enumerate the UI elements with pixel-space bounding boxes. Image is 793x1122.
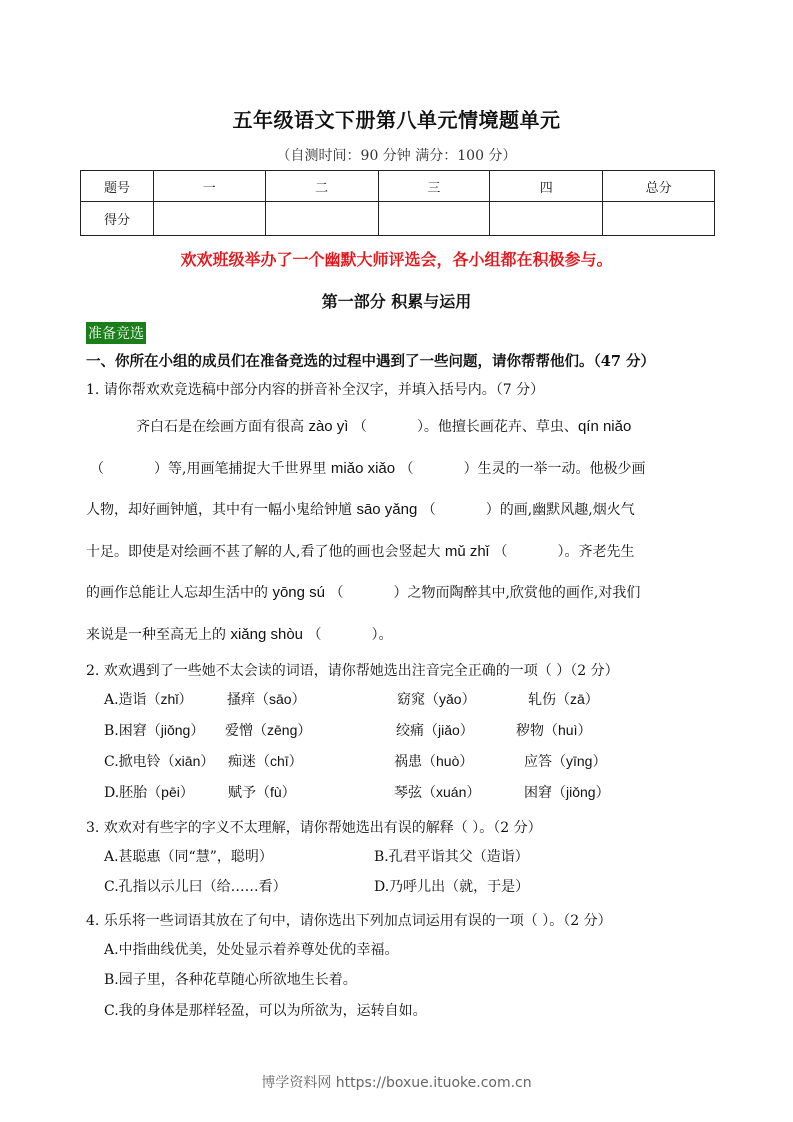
q3-option-b[interactable]: B.孔君平诣其父（造诣）	[374, 846, 529, 866]
question-1-stem: 1. 请你帮欢欢竞选稿中部分内容的拼音补全汉字，并填入括号内。（7 分）	[86, 379, 544, 399]
word-text: 轧伤	[528, 692, 556, 708]
word-text: 窈窕	[397, 692, 425, 708]
part-title: 第一部分 积累与运用	[0, 289, 793, 312]
q1-line-6: 来说是一种至高无上的 xiǎng shòu （）。	[86, 624, 392, 644]
pinyin: （chī）	[256, 753, 303, 769]
q4-option-a[interactable]: A.中指曲线优美，处处显示着养尊处优的幸福。	[104, 939, 399, 959]
pinyin: （huì）	[544, 722, 591, 738]
text: 来说是一种至高无上的	[86, 627, 230, 643]
word: 爱憎（zēng）	[225, 720, 311, 740]
word: 赋予（fù）	[228, 782, 296, 802]
question-3-stem: 3. 欢欢对有些字的字义不太理解，请你帮她选出有误的解释（ ）。（2 分）	[86, 817, 542, 837]
word: 祸患（huò）	[394, 751, 473, 771]
pinyin: qín niǎo	[578, 418, 631, 435]
q4-option-c[interactable]: C.我的身体是那样轻盈，可以为所欲为，运转自如。	[104, 1000, 427, 1020]
word: 琴弦（xuán）	[394, 782, 480, 802]
pinyin: （jiǎo）	[424, 722, 474, 738]
footer-watermark: 博学资料网 https://boxue.ituoke.com.cn	[0, 1072, 793, 1092]
word-text: 爱憎	[225, 723, 253, 739]
score-input-cell[interactable]	[490, 202, 603, 236]
text: ）生灵的一举一动。他极少画	[464, 461, 646, 477]
pinyin: （fù）	[256, 784, 296, 800]
pinyin: （jiǒng）	[147, 722, 205, 738]
pinyin: xiǎng shòu	[230, 626, 303, 643]
text: （	[325, 585, 343, 601]
word: D.胚胎（pēi）	[104, 782, 194, 802]
text: 的画作总能让人忘却生活中的	[86, 585, 272, 601]
word-text: 琴弦	[394, 785, 422, 801]
word: 搔痒（sāo）	[227, 689, 306, 709]
table-cell: 三	[378, 171, 490, 202]
score-table: 题号 一 二 三 四 总分 得分	[80, 170, 715, 236]
table-row-question-numbers: 题号 一 二 三 四 总分	[81, 171, 715, 202]
word: 绞痛（jiǎo）	[396, 720, 474, 740]
word-text: 赋予	[228, 785, 256, 801]
q3-option-c[interactable]: C.孔指以示儿曰（给……看）	[104, 876, 287, 896]
table-cell: 四	[490, 171, 603, 202]
pinyin: （jiǒng）	[552, 784, 610, 800]
text: （	[90, 461, 104, 477]
table-cell: 总分	[603, 171, 715, 202]
word: 应答（yīng）	[524, 751, 606, 771]
scenario-intro: 欢欢班级举办了一个幽默大师评选会，各小组都在积极参与。	[0, 247, 793, 270]
text: （	[303, 627, 321, 643]
section-badge: 准备竞选	[86, 322, 146, 344]
score-input-cell[interactable]	[153, 202, 265, 236]
pinyin: （zā）	[556, 691, 599, 707]
word-text: 搔痒	[227, 692, 255, 708]
page-title: 五年级语文下册第八单元情境题单元	[0, 104, 793, 133]
word-text: 困窘	[524, 785, 552, 801]
score-input-cell[interactable]	[603, 202, 715, 236]
q3-option-d[interactable]: D.乃呼儿出（就，于是）	[374, 876, 529, 896]
text: （	[489, 544, 507, 560]
pinyin: （pēi）	[147, 784, 194, 800]
text: 齐白石是在绘画方面有很高	[136, 419, 308, 435]
score-input-cell[interactable]	[378, 202, 490, 236]
exam-info: （自测时间：90 分钟 满分：100 分）	[0, 145, 793, 165]
table-cell: 一	[153, 171, 265, 202]
pinyin: yōng sú	[272, 584, 325, 601]
text: （	[395, 461, 413, 477]
pinyin: （yǎo）	[425, 691, 476, 707]
word-text: A.造诣	[104, 692, 147, 708]
word-text: B.困窘	[104, 723, 147, 739]
q1-line-4: 十足。即使是对绘画不甚了解的人,看了他的画也会竖起大 mǔ zhǐ （）。齐老先…	[86, 541, 635, 561]
text: ）。他擅长画花卉、草虫、	[417, 419, 578, 435]
pinyin: zào yì	[308, 418, 348, 435]
text: ）的画,幽默风趣,烟火气	[486, 502, 635, 518]
text: 十足。即使是对绘画不甚了解的人,看了他的画也会竖起大	[86, 544, 445, 560]
text: ）。齐老先生	[558, 544, 635, 560]
pinyin: （yīng）	[552, 753, 606, 769]
score-input-cell[interactable]	[265, 202, 378, 236]
pinyin: （huò）	[422, 753, 473, 769]
table-cell: 二	[265, 171, 378, 202]
q3-option-a[interactable]: A.甚聪惠（同“慧”，聪明）	[104, 846, 273, 866]
word: 窈窕（yǎo）	[397, 689, 476, 709]
q1-line-3: 人物，却好画钟馗，其中有一幅小鬼给钟馗 sāo yǎng （）的画,幽默风趣,烟…	[86, 499, 635, 519]
pinyin: （zēng）	[253, 722, 311, 738]
text: ）等,用画笔捕捉大千世界里	[154, 461, 331, 477]
word-text: C.掀电铃	[104, 754, 161, 770]
word-text: 痴迷	[228, 754, 256, 770]
word-text: D.胚胎	[104, 785, 147, 801]
pinyin: （zhǐ）	[147, 691, 193, 707]
text: 人物，却好画钟馗，其中有一幅小鬼给钟馗	[86, 502, 356, 518]
word: A.造诣（zhǐ）	[104, 689, 192, 709]
table-row-scores: 得分	[81, 202, 715, 236]
text: ）。	[371, 627, 392, 643]
word-text: 祸患	[394, 754, 422, 770]
pinyin: sāo yǎng	[356, 501, 417, 518]
pinyin: miǎo xiǎo	[331, 460, 395, 477]
word: 轧伤（zā）	[528, 689, 599, 709]
word: B.困窘（jiǒng）	[104, 720, 204, 740]
table-cell: 题号	[81, 171, 154, 202]
q1-line-5: 的画作总能让人忘却生活中的 yōng sú （）之物而陶醉其中,欣赏他的画作,对…	[86, 582, 640, 602]
question-4-stem: 4. 乐乐将一些词语其放在了句中，请你选出下列加点词运用有误的一项（ ）。（2 …	[86, 910, 612, 930]
section-heading: 一、你所在小组的成员们在准备竞选的过程中遇到了一些问题，请你帮帮他们。（47 分…	[86, 350, 655, 371]
question-2-stem: 2. 欢欢遇到了一些她不太会读的词语，请你帮她选出注音完全正确的一项（ ）（2 …	[86, 660, 619, 680]
word: 困窘（jiǒng）	[524, 782, 610, 802]
word: C.掀电铃（xiān）	[104, 751, 214, 771]
table-cell: 得分	[81, 202, 154, 236]
text: （	[417, 502, 435, 518]
word-text: 应答	[524, 754, 552, 770]
pinyin: mǔ zhǐ	[445, 543, 489, 560]
word: 痴迷（chī）	[228, 751, 303, 771]
pinyin: （xuán）	[422, 784, 480, 800]
pinyin: （xiān）	[161, 753, 215, 769]
text: （	[348, 419, 366, 435]
q1-line-1: 齐白石是在绘画方面有很高 zào yì （）。他擅长画花卉、草虫、qín niǎ…	[136, 416, 631, 436]
word-text: 绞痛	[396, 723, 424, 739]
q4-option-b[interactable]: B.园子里，各种花草随心所欲地生长着。	[104, 969, 357, 989]
word: 秽物（huì）	[516, 720, 591, 740]
text: ）之物而陶醉其中,欣赏他的画作,对我们	[393, 585, 640, 601]
word-text: 秽物	[516, 723, 544, 739]
pinyin: （sāo）	[255, 691, 306, 707]
q1-line-2: （）等,用画笔捕捉大千世界里 miǎo xiǎo （）生灵的一举一动。他极少画	[90, 458, 646, 478]
